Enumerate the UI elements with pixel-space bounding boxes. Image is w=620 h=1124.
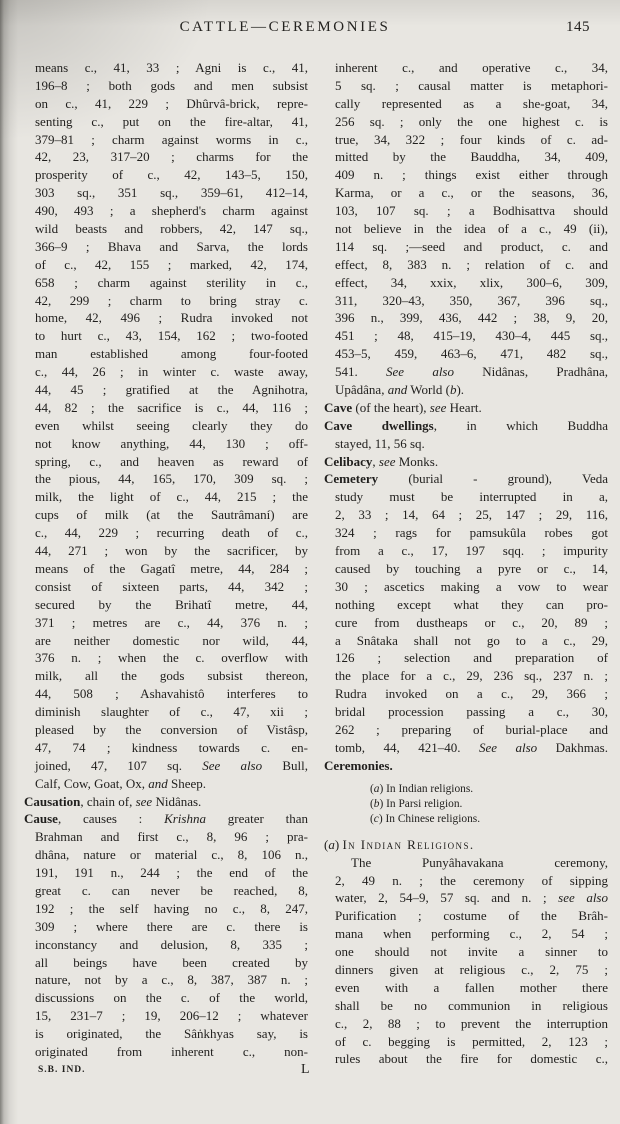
- text-line: great c. can never be reached, 8,: [24, 882, 308, 900]
- text-line: Cave dwellings, in which Buddha: [324, 417, 608, 435]
- text-line: study must be interrupted in a,: [324, 488, 608, 506]
- text-line: 5 sq. ; causal matter is metaphori-: [324, 77, 608, 95]
- text-line: 303 sq., 351 sq., 359–61, 412–14,: [24, 184, 308, 202]
- text-line: Calf, Cow, Goat, Ox, and Sheep.: [24, 775, 308, 793]
- text-line: The Punyâhavakana ceremony,: [324, 854, 608, 872]
- text-line: Celibacy, see Monks.: [324, 453, 608, 471]
- text-line: (a) In Indian religions.: [324, 782, 608, 797]
- text-line: cure from dustheaps or c., 20, 89 ;: [324, 614, 608, 632]
- text-line: a Snâtaka shall not go to a c., 29,: [324, 632, 608, 650]
- text-line: means c., 41, 33 ; Agni is c., 41,: [24, 59, 308, 77]
- text-line: is originated, the Sâṅkhyas say, is: [24, 1025, 308, 1043]
- text-line: joined, 47, 107 sq. See also Bull,: [24, 757, 308, 775]
- text-line: 114 sq. ;—seed and product, c. and: [324, 238, 608, 256]
- text-line: the pious, 44, 165, 170, 309 sq. ;: [24, 470, 308, 488]
- text-line: 44, 271 ; won by the sacrificer, by: [24, 542, 308, 560]
- text-line: of c. begging is permitted, 2, 123 ;: [324, 1033, 608, 1051]
- text-line: wild beasts and robbers, 42, 147 sq.,: [24, 220, 308, 238]
- text-line: 256 sq. ; only the one highest c. is: [324, 113, 608, 131]
- text-line: (a) In Indian Religions.: [324, 836, 608, 854]
- text-line: Brahman and first c., 8, 96 ; pra-: [24, 828, 308, 846]
- text-line: Rudra invoked on a c., 29, 366 ;: [324, 685, 608, 703]
- text-line: milk, all the gods subsist thereon,: [24, 667, 308, 685]
- text-line: 2, 49 n. ; the ceremony of sipping: [324, 872, 608, 890]
- text-line: even with a fallen mother there: [324, 979, 608, 997]
- text-line: tomb, 44, 421–40. See also Dakhmas.: [324, 739, 608, 757]
- text-line: milk, the light of c., 44, 215 ; the: [24, 488, 308, 506]
- text-line: Causation, chain of, see Nidânas.: [24, 793, 308, 811]
- text-line: not believe in the idea of a c., 49 (ii)…: [324, 220, 608, 238]
- text-line: dhâna, nature or material c., 8, 106 n.,: [24, 846, 308, 864]
- text-line: from a c., 17, 197 sqq. ; impurity: [324, 542, 608, 560]
- text-line: man established among four-footed: [24, 345, 308, 363]
- text-line: even whilst seeing clearly they do: [24, 417, 308, 435]
- text-line: cally represented as a she-goat, 34,: [324, 95, 608, 113]
- text-line: cups of milk (at the Sautrâmaní) are: [24, 506, 308, 524]
- text-line: 42, 299 ; charm to bring stray c.: [24, 292, 308, 310]
- page-header: CATTLE—CEREMONIES 145: [24, 19, 606, 41]
- text-line: mitted by the Bauddha, 34, 409,: [324, 148, 608, 166]
- text-block: means c., 41, 33 ; Agni is c., 41,196–8 …: [24, 59, 608, 1068]
- text-line: shall be no communion in religious: [324, 997, 608, 1015]
- text-line: Ceremonies.: [324, 757, 608, 775]
- text-line: (c) In Chinese religions.: [324, 812, 608, 827]
- text-line: 379–81 ; charm against worms in c.,: [24, 131, 308, 149]
- text-line: 2, 33 ; 14, 64 ; 25, 147 ; 29, 116,: [324, 506, 608, 524]
- text-line: Upâdâna, and World (b).: [324, 381, 608, 399]
- text-line: 541. See also Nidânas, Pradhâna,: [324, 363, 608, 381]
- text-line: Cave (of the heart), see Heart.: [324, 399, 608, 417]
- text-line: 309 ; where there are c. there is: [24, 918, 308, 936]
- text-line: inconstancy and delusion, 8, 335 ;: [24, 936, 308, 954]
- text-line: 658 ; charm against sterility in c.,: [24, 274, 308, 292]
- text-line: 409 n. ; things exist either through: [324, 166, 608, 184]
- text-line: 47, 74 ; kindness towards c. en-: [24, 739, 308, 757]
- text-line: 30 ; ascetics making a vow to wear: [324, 578, 608, 596]
- text-line: c., 44, 229 ; recurring death of c.,: [24, 524, 308, 542]
- text-line: home, 42, 496 ; Rudra invoked not: [24, 309, 308, 327]
- text-line: 126 ; selection and preparation of: [324, 649, 608, 667]
- text-line: 371 ; metres are c., 44, 376 n. ;: [24, 614, 308, 632]
- running-head: CATTLE—CEREMONIES: [24, 19, 546, 36]
- text-line: secured by the Brihatî metre, 44,: [24, 596, 308, 614]
- text-line: the place for a c., 29, 236 sq., 237 n. …: [324, 667, 608, 685]
- text-line: c., 2, 88 ; to prevent the interruption: [324, 1015, 608, 1033]
- text-line: Cemetery (burial - ground), Veda: [324, 470, 608, 488]
- text-line: prosperity of c., 42, 143–5, 150,: [24, 166, 308, 184]
- text-line: bridal procession passing a c., 30,: [324, 703, 608, 721]
- text-line: 103, 107 sq. ; a Bodhisattva should: [324, 202, 608, 220]
- text-line: means of the Gagatî metre, 44, 284 ;: [24, 560, 308, 578]
- text-line: consist of sixteen parts, 44, 342 ;: [24, 578, 308, 596]
- text-line: (b) In Parsi religion.: [324, 797, 608, 812]
- page-number: 145: [566, 19, 590, 36]
- text-line: 191, 191 n., 244 ; the end of the: [24, 864, 308, 882]
- text-line: spring, c., and heaven as reward of: [24, 453, 308, 471]
- text-line: 262 ; preparing of burial-place and: [324, 721, 608, 739]
- text-line: 396 n., 399, 436, 442 ; 38, 9, 20,: [324, 309, 608, 327]
- text-line: stayed, 11, 56 sq.: [324, 435, 608, 453]
- text-line: 42, 23, 317–20 ; charms for the: [24, 148, 308, 166]
- text-line: Karma, or a c., or the seasons, 36,: [324, 184, 608, 202]
- text-line: true, 34, 322 ; four kinds of c. ad-: [324, 131, 608, 149]
- text-line: 453–5, 459, 463–6, 471, 482 sq.,: [324, 345, 608, 363]
- series-signature: S.B. IND.: [38, 1065, 86, 1075]
- text-line: 192 ; the self having no c., 8, 247,: [24, 900, 308, 918]
- left-column: means c., 41, 33 ; Agni is c., 41,196–8 …: [24, 59, 308, 1068]
- text-line: pleased by the conversion of Vistâsp,: [24, 721, 308, 739]
- text-line: diminish slaughter of c., 47, xii ;: [24, 703, 308, 721]
- text-line: on c., 41, 229 ; Dhûrvâ-brick, repre-: [24, 95, 308, 113]
- text-line: water, 2, 54–9, 57 sq. and n. ; see also: [324, 889, 608, 907]
- text-line: 44, 82 ; the sacrifice is c., 44, 116 ;: [24, 399, 308, 417]
- text-line: Purification ; costume of the Brâh-: [324, 907, 608, 925]
- text-line: 311, 320–43, 350, 367, 396 sq.,: [324, 292, 608, 310]
- text-line: 44, 45 ; gratified at the Agnihotra,: [24, 381, 308, 399]
- text-line: 15, 231–7 ; 19, 206–12 ; whatever: [24, 1007, 308, 1025]
- text-line: c., 44, 26 ; in winter c. waste away,: [24, 363, 308, 381]
- text-line: dinners given at religious c., 2, 75 ;: [324, 961, 608, 979]
- text-line: effect, 34, xxix, xlix, 300–6, 309,: [324, 274, 608, 292]
- text-line: to hurt c., 43, 154, 162 ; two-footed: [24, 327, 308, 345]
- text-line: 490, 493 ; a shepherd's charm against: [24, 202, 308, 220]
- text-line: 376 n. ; when the c. overflow with: [24, 649, 308, 667]
- text-line: 44, 508 ; Ashavahistô interferes to: [24, 685, 308, 703]
- text-line: nothing except what they can pro-: [324, 596, 608, 614]
- text-line: mana when performing c., 2, 54 ;: [324, 925, 608, 943]
- text-line: originated from inherent c., non-: [24, 1043, 308, 1061]
- text-line: 366–9 ; Bhava and Sarva, the lords: [24, 238, 308, 256]
- text-line: are neither domestic nor wild, 44,: [24, 632, 308, 650]
- text-line: one should not invite a sinner to: [324, 943, 608, 961]
- text-line: all beings have been created by: [24, 954, 308, 972]
- page-footer: S.B. IND. L: [0, 1062, 620, 1084]
- text-line: 324 ; rags for pamsukûla robes got: [324, 524, 608, 542]
- text-line: discussions on the c. of the world,: [24, 989, 308, 1007]
- text-line: of c., 42, 155 ; marked, 42, 174,: [24, 256, 308, 274]
- right-column: inherent c., and operative c., 34,5 sq. …: [324, 59, 608, 1068]
- text-line: senting c., put on the fire-altar, 41,: [24, 113, 308, 131]
- text-line: Cause, causes : Krishna greater than: [24, 810, 308, 828]
- text-line: inherent c., and operative c., 34,: [324, 59, 608, 77]
- text-line: 451 ; 48, 415–19, 430–4, 445 sq.,: [324, 327, 608, 345]
- text-line: not know anything, 44, 130 ; off-: [24, 435, 308, 453]
- text-line: nature, not by a c., 8, 387, 387 n. ;: [24, 971, 308, 989]
- text-line: effect, 8, 383 n. ; relation of c. and: [324, 256, 608, 274]
- text-line: 196–8 ; both gods and men subsist: [24, 77, 308, 95]
- printer-signature-mark: L: [301, 1062, 310, 1078]
- text-line: caused by touching a pyre or c., 14,: [324, 560, 608, 578]
